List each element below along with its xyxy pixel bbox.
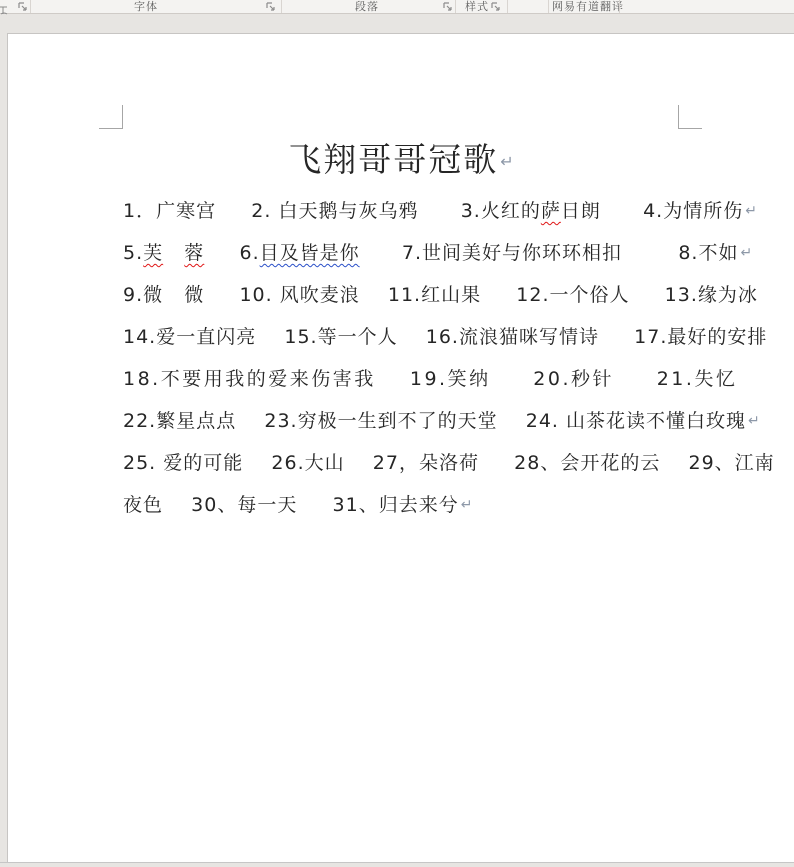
document-page: 飞翔哥哥冠歌↵ 1．广寒宫 2. 白天鹅与灰乌鸦 3.火红的萨日朗 4.为情所伤… [7,33,794,862]
text-segment[interactable]: 日朗 4.为情所伤 [561,198,743,225]
paragraph-mark-icon: ↵ [500,152,513,171]
ribbon-separator [507,0,508,13]
text-segment[interactable]: 1．广寒宫 2. 白天鹅与灰乌鸦 3.火红的 [123,198,541,225]
window-bottom-edge [0,862,794,863]
text-segment[interactable]: 14.爱一直闪亮 15.等一个人 16.流浪猫咪写情诗 17.最好的安排 [123,324,767,351]
ribbon-strip: 字体 段落 样式 网易有道翻译 [0,0,794,14]
dialog-launcher-icon[interactable] [18,2,28,12]
dialog-launcher-icon[interactable] [266,2,276,12]
text-segment[interactable]: 7.世间美好与你环环相扣 8.不如 [360,240,739,267]
ribbon-separator [30,0,31,13]
cropped-ribbon-icon [0,1,9,20]
text-segment[interactable] [163,240,184,267]
ribbon-group-youdao-translate-label: 网易有道翻译 [552,0,624,13]
document-line[interactable]: 14.爱一直闪亮 15.等一个人 16.流浪猫咪写情诗 17.最好的安排 [123,317,679,359]
ribbon-group-styles-label: 样式 [465,0,489,13]
document-line[interactable]: 18.不要用我的爱来伤害我 19.笑纳 20.秒针 21.失忆 [123,359,679,401]
text-segment[interactable]: 25. 爱的可能 26.大山 27，朵洛荷 28、会开花的云 29、江南 [123,450,775,477]
text-segment[interactable]: 9.微 微 10. 风吹麦浪 11.红山果 12.一个俗人 13.缘为冰 [123,282,758,309]
document-lines: 1．广寒宫 2. 白天鹅与灰乌鸦 3.火红的萨日朗 4.为情所伤↵5.芙 蓉 6… [123,191,679,527]
ribbon-separator [455,0,456,13]
document-title[interactable]: 飞翔哥哥冠歌↵ [123,138,679,184]
text-segment[interactable]: 22.繁星点点 23.穷极一生到不了的天堂 24. 山茶花读不懂白玫瑰 [123,408,746,435]
document-line[interactable]: 22.繁星点点 23.穷极一生到不了的天堂 24. 山茶花读不懂白玫瑰↵ [123,401,679,443]
ribbon-group-font-label: 字体 [134,0,158,13]
text-segment-spelling-underline[interactable]: 萨 [541,198,561,225]
paragraph-mark-icon: ↵ [748,408,760,435]
margin-corner-mark [99,105,123,129]
text-segment-spelling-underline[interactable]: 芙 [143,240,163,267]
dialog-launcher-icon[interactable] [491,2,501,12]
text-segment-grammar-underline[interactable]: 目及皆是你 [260,240,360,267]
ribbon-group-paragraph-label: 段落 [355,0,379,13]
text-segment[interactable]: 5. [123,240,143,267]
ribbon-separator [619,0,620,13]
document-line[interactable]: 5.芙 蓉 6.目及皆是你 7.世间美好与你环环相扣 8.不如↵ [123,233,679,275]
title-text[interactable]: 飞翔哥哥冠歌 [288,140,498,179]
paragraph-mark-icon: ↵ [745,198,757,225]
text-segment[interactable]: 夜色 30、每一天 31、归去来兮 [123,492,459,519]
text-segment[interactable]: 6. [204,240,259,267]
document-line[interactable]: 1．广寒宫 2. 白天鹅与灰乌鸦 3.火红的萨日朗 4.为情所伤↵ [123,191,679,233]
ribbon-separator [281,0,282,13]
document-text-area[interactable]: 飞翔哥哥冠歌↵ 1．广寒宫 2. 白天鹅与灰乌鸦 3.火红的萨日朗 4.为情所伤… [123,105,679,527]
text-segment[interactable]: 18.不要用我的爱来伤害我 19.笑纳 20.秒针 21.失忆 [123,366,737,393]
document-line[interactable]: 25. 爱的可能 26.大山 27，朵洛荷 28、会开花的云 29、江南 [123,443,679,485]
paragraph-mark-icon: ↵ [461,492,473,519]
text-segment-spelling-underline[interactable]: 蓉 [184,240,204,267]
document-line[interactable]: 9.微 微 10. 风吹麦浪 11.红山果 12.一个俗人 13.缘为冰 [123,275,679,317]
dialog-launcher-icon[interactable] [443,2,453,12]
paragraph-mark-icon: ↵ [740,240,752,267]
document-line[interactable]: 夜色 30、每一天 31、归去来兮↵ [123,485,679,527]
ribbon-separator [548,0,549,13]
margin-corner-mark [678,105,702,129]
